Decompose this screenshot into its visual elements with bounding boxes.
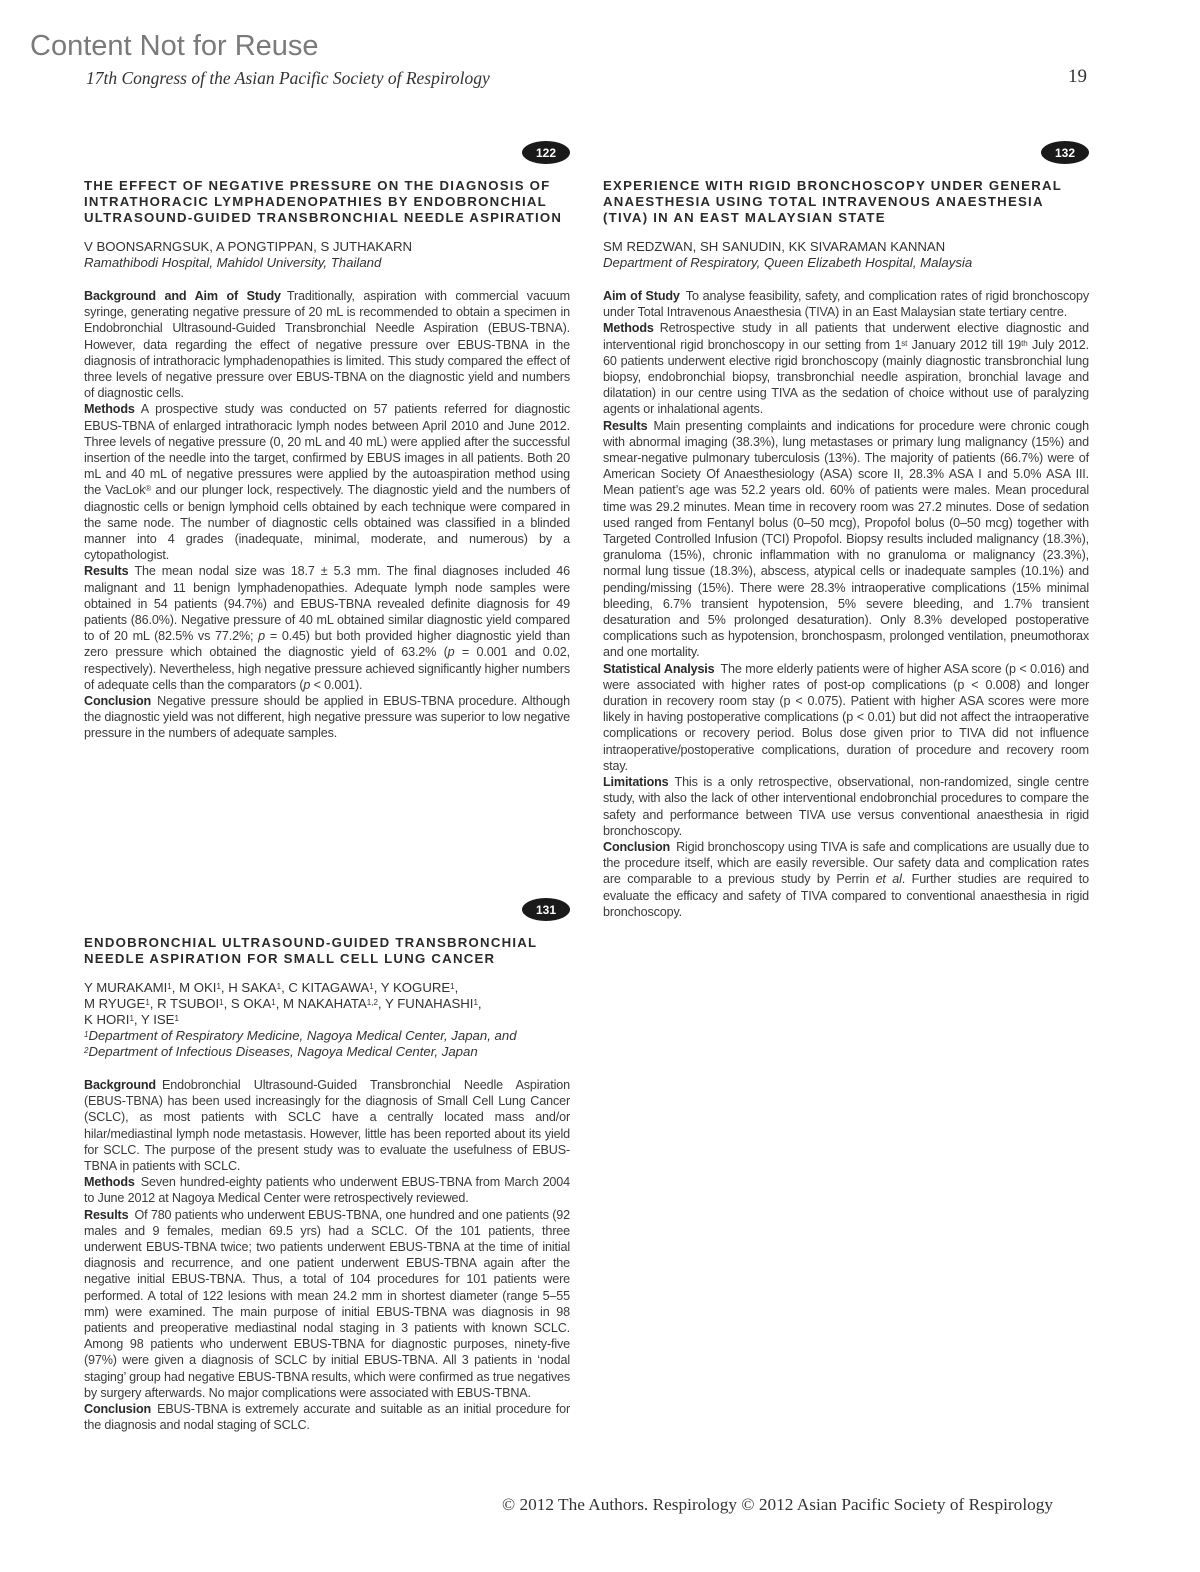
section-text: < 0.001). xyxy=(310,678,362,692)
section-heading: Background xyxy=(84,1078,156,1092)
author-list: Y MURAKAMI1, M OKI1, H SAKA1, C KITAGAWA… xyxy=(84,980,570,1028)
affiliation-marker: 1 xyxy=(145,998,149,1007)
author: S OKA xyxy=(231,996,271,1011)
ordinal-suffix: st xyxy=(901,339,907,348)
section-background-aim: Background and Aim of StudyTraditionally… xyxy=(84,288,570,401)
section-heading: Methods xyxy=(84,402,135,416)
section-aim: Aim of StudyTo analyse feasibility, safe… xyxy=(603,288,1089,320)
section-statistical-analysis: Statistical AnalysisThe more elderly pat… xyxy=(603,661,1089,774)
author: Y MURAKAMI xyxy=(84,980,167,995)
affiliation-text: Department of Respiratory Medicine, Nago… xyxy=(88,1028,516,1043)
affiliation-marker: 1 xyxy=(369,982,373,991)
author: Y FUNAHASHI xyxy=(385,996,473,1011)
section-heading: Methods xyxy=(84,1175,135,1189)
author: H SAKA xyxy=(228,980,276,995)
section-heading: Aim of Study xyxy=(603,289,680,303)
section-results: ResultsOf 780 patients who underwent EBU… xyxy=(84,1207,570,1401)
section-results: ResultsMain presenting complaints and in… xyxy=(603,418,1089,661)
affiliation: Ramathibodi Hospital, Mahidol University… xyxy=(84,255,570,271)
section-text: Endobronchial Ultrasound-Guided Transbro… xyxy=(84,1078,570,1173)
p-value-symbol: p xyxy=(258,629,265,643)
section-heading: Results xyxy=(603,419,647,433)
section-limitations: LimitationsThis is a only retrospective,… xyxy=(603,774,1089,839)
affiliation-marker: 1 xyxy=(216,982,220,991)
section-text: and our plunger lock, respectively. The … xyxy=(84,483,570,562)
abstract-title: EXPERIENCE WITH RIGID BRONCHOSCOPY UNDER… xyxy=(603,178,1089,226)
affiliation-marker: 2 xyxy=(84,1046,88,1055)
affiliation: 2Department of Infectious Diseases, Nago… xyxy=(84,1044,570,1060)
affiliation-marker: 1 xyxy=(277,982,281,991)
section-text: Seven hundred-eighty patients who underw… xyxy=(84,1175,570,1205)
section-background: BackgroundEndobronchial Ultrasound-Guide… xyxy=(84,1077,570,1174)
section-heading: Statistical Analysis xyxy=(603,662,715,676)
affiliation: Department of Respiratory, Queen Elizabe… xyxy=(603,255,1089,271)
author: R TSUBOI xyxy=(157,996,219,1011)
running-head: 17th Congress of the Asian Pacific Socie… xyxy=(86,68,490,89)
section-heading: Conclusion xyxy=(84,1402,151,1416)
affiliation-marker: 1 xyxy=(219,998,223,1007)
author: M RYUGE xyxy=(84,996,145,1011)
author: K HORI xyxy=(84,1012,129,1027)
author-list: SM REDZWAN, SH SANUDIN, KK SIVARAMAN KAN… xyxy=(603,239,1089,255)
abstract-title: ENDOBRONCHIAL ULTRASOUND-GUIDED TRANSBRO… xyxy=(84,935,570,967)
copyright-footer: © 2012 The Authors. Respirology © 2012 A… xyxy=(502,1495,1053,1515)
section-heading: Results xyxy=(84,1208,128,1222)
watermark: Content Not for Reuse xyxy=(30,30,319,63)
section-heading: Results xyxy=(84,564,128,578)
abstract-131: 131 ENDOBRONCHIAL ULTRASOUND-GUIDED TRAN… xyxy=(84,898,570,1433)
section-text: Traditionally, aspiration with commercia… xyxy=(84,289,570,400)
et-al: et al xyxy=(876,872,902,886)
section-heading: Conclusion xyxy=(603,840,670,854)
author: Y KOGURE xyxy=(381,980,450,995)
abstract-title: THE EFFECT OF NEGATIVE PRESSURE ON THE D… xyxy=(84,178,570,226)
affiliation-marker: 1 xyxy=(84,1030,88,1039)
p-value-symbol: p xyxy=(448,645,455,659)
section-conclusion: ConclusionEBUS-TBNA is extremely accurat… xyxy=(84,1401,570,1433)
affiliation-marker: 1 xyxy=(167,982,171,991)
section-text: The more elderly patients were of higher… xyxy=(603,662,1089,773)
abstract-number-badge: 132 xyxy=(1041,141,1089,164)
affiliation: 1Department of Respiratory Medicine, Nag… xyxy=(84,1028,570,1044)
section-heading: Background and Aim of Study xyxy=(84,289,281,303)
section-text: Negative pressure should be applied in E… xyxy=(84,694,570,740)
author: Y ISE xyxy=(141,1012,174,1027)
affiliation-marker: 1 xyxy=(450,982,454,991)
page-number: 19 xyxy=(1068,66,1087,88)
section-text: This is a only retrospective, observatio… xyxy=(603,775,1089,838)
section-heading: Limitations xyxy=(603,775,669,789)
registered-mark: ® xyxy=(145,484,151,493)
section-conclusion: ConclusionNegative pressure should be ap… xyxy=(84,693,570,742)
author: C KITAGAWA xyxy=(288,980,369,995)
abstract-number-badge: 131 xyxy=(522,898,570,921)
affiliation-text: Department of Infectious Diseases, Nagoy… xyxy=(88,1044,477,1059)
section-text: January 2012 till 19 xyxy=(907,338,1021,352)
abstract-number-badge: 122 xyxy=(522,141,570,164)
section-heading: Methods xyxy=(603,321,654,335)
affiliation-marker: 1,2 xyxy=(367,998,378,1007)
section-methods: MethodsSeven hundred-eighty patients who… xyxy=(84,1174,570,1206)
section-text: EBUS-TBNA is extremely accurate and suit… xyxy=(84,1402,570,1432)
section-text: Of 780 patients who underwent EBUS-TBNA,… xyxy=(84,1208,570,1400)
ordinal-suffix: th xyxy=(1021,339,1027,348)
section-text: Main presenting complaints and indicatio… xyxy=(603,419,1089,660)
author: M NAKAHATA xyxy=(283,996,367,1011)
section-results: ResultsThe mean nodal size was 18.7 ± 5.… xyxy=(84,563,570,693)
section-methods: MethodsRetrospective study in all patien… xyxy=(603,320,1089,417)
author: M OKI xyxy=(179,980,216,995)
section-heading: Conclusion xyxy=(84,694,151,708)
affiliation-marker: 1 xyxy=(271,998,275,1007)
affiliation-marker: 1 xyxy=(174,1014,178,1023)
abstract-122: 122 THE EFFECT OF NEGATIVE PRESSURE ON T… xyxy=(84,141,570,742)
author-list: V BOONSARNGSUK, A PONGTIPPAN, S JUTHAKAR… xyxy=(84,239,570,255)
affiliation-marker: 1 xyxy=(129,1014,133,1023)
section-conclusion: ConclusionRigid bronchoscopy using TIVA … xyxy=(603,839,1089,920)
abstract-132: 132 EXPERIENCE WITH RIGID BRONCHOSCOPY U… xyxy=(603,141,1089,920)
affiliation-marker: 1 xyxy=(473,998,477,1007)
section-methods: MethodsA prospective study was conducted… xyxy=(84,401,570,563)
